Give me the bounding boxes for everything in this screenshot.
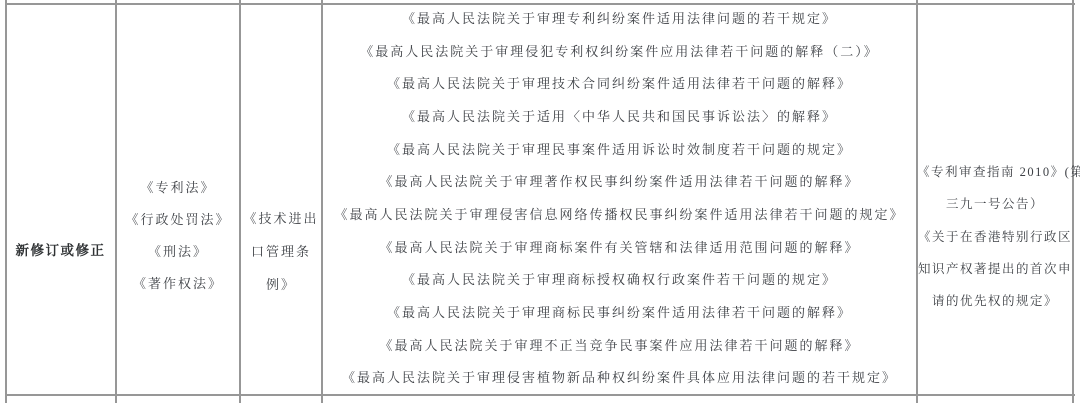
law-item: 《刑法》 bbox=[116, 236, 240, 268]
judicial-interpretation-item: 《最高人民法院关于审理专利纠纷案件适用法律问题的若干规定》 bbox=[322, 3, 917, 36]
judicial-interpretation-item: 《最高人民法院关于审理商标授权确权行政案件若干问题的规定》 bbox=[322, 264, 917, 297]
judicial-interpretation-item: 《最高人民法院关于审理侵犯专利权纠纷案件应用法律若干问题的解释（二）》 bbox=[322, 36, 917, 69]
judicial-interpretation-item: 《最高人民法院关于适用〈中华人民共和国民事诉讼法〉的解释》 bbox=[322, 101, 917, 134]
other-document-line: 知识产权著提出的首次申 bbox=[917, 253, 1073, 285]
judicial-interpretation-item: 《最高人民法院关于审理商标案件有关管辖和法律适用范围问题的解释》 bbox=[322, 232, 917, 265]
regulation-line: 例》 bbox=[240, 268, 322, 301]
judicial-interpretation-item: 《最高人民法院关于审理侵害植物新品种权纠纷案件具体应用法律问题的若干规定》 bbox=[322, 362, 917, 395]
other-document-line: 请的优先权的规定》 bbox=[917, 285, 1073, 317]
table-border-left bbox=[5, 0, 7, 403]
cell-regulation: 《技术进出口管理条例》 bbox=[240, 202, 322, 301]
regulation-line: 口管理条 bbox=[240, 235, 322, 268]
cell-laws: 《专利法》《行政处罚法》《刑法》《著作权法》 bbox=[116, 172, 240, 300]
judicial-interpretation-item: 《最高人民法院关于审理民事案件适用诉讼时效制度若干问题的规定》 bbox=[322, 134, 917, 167]
law-item: 《行政处罚法》 bbox=[116, 204, 240, 236]
judicial-interpretation-item: 《最高人民法院关于审理著作权民事纠纷案件适用法律若干问题的解释》 bbox=[322, 166, 917, 199]
judicial-interpretation-item: 《最高人民法院关于审理技术合同纠纷案件适用法律若干问题的解释》 bbox=[322, 68, 917, 101]
law-item: 《著作权法》 bbox=[116, 268, 240, 300]
other-document-line: 《专利审查指南 2010》(第 bbox=[917, 156, 1073, 188]
legal-documents-table: 新修订或修正 《专利法》《行政处罚法》《刑法》《著作权法》 《技术进出口管理条例… bbox=[0, 0, 1080, 403]
law-item: 《专利法》 bbox=[116, 172, 240, 204]
judicial-interpretation-item: 《最高人民法院关于审理不正当竞争民事案件应用法律若干问题的解释》 bbox=[322, 330, 917, 363]
cell-other-documents: 《专利审查指南 2010》(第三九一号公告）《关于在香港特别行政区知识产权著提出… bbox=[917, 156, 1073, 317]
judicial-interpretation-item: 《最高人民法院关于审理商标民事纠纷案件适用法律若干问题的解释》 bbox=[322, 297, 917, 330]
cell-judicial-interpretations: 《最高人民法院关于审理专利纠纷案件适用法律问题的若干规定》《最高人民法院关于审理… bbox=[322, 3, 917, 395]
regulation-line: 《技术进出 bbox=[240, 202, 322, 235]
category-label: 新修订或修正 bbox=[5, 239, 116, 259]
other-document-line: 三九一号公告） bbox=[917, 188, 1073, 220]
other-document-line: 《关于在香港特别行政区 bbox=[917, 221, 1073, 253]
cell-category: 新修订或修正 bbox=[5, 239, 116, 259]
judicial-interpretation-item: 《最高人民法院关于审理侵害信息网络传播权民事纠纷案件适用法律若干问题的规定》 bbox=[322, 199, 917, 232]
